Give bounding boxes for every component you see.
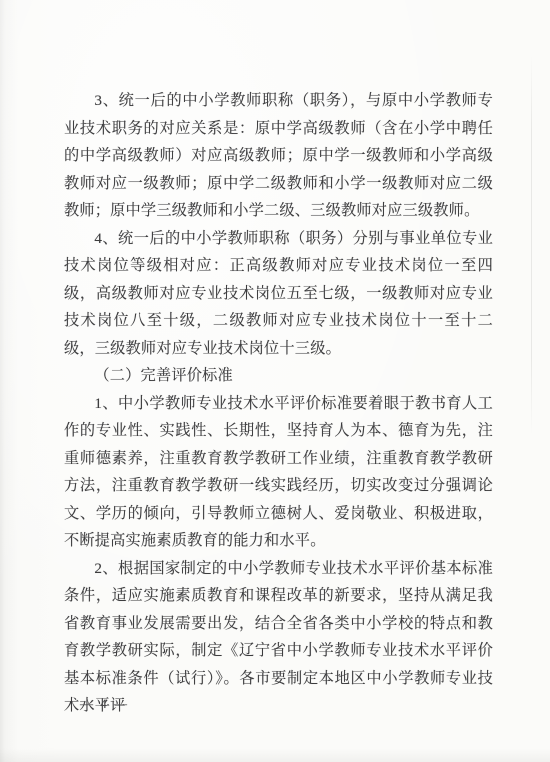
page-number: — 4 — — [80, 696, 129, 712]
paragraph-item-2: 2、根据国家制定的中小学教师专业技术水平评价基本标准条件，适应实施素质教育和课程… — [64, 555, 493, 720]
scanned-document: html, body { margin: 0; padding: 0; widt… — [0, 0, 550, 762]
paragraph-item-1: 1、中小学教师专业技术水平评价标准要着眼于教书育人工作的专业性、实践性、长期性，… — [64, 390, 493, 555]
document-page-background: { "document": { "type": "scanned-officia… — [0, 0, 550, 762]
scan-artifact-line — [531, 55, 532, 435]
document-body: 3、统一后的中小学教师职称（职务），与原中小学教师专业技术职务的对应关系是：原中… — [64, 87, 493, 720]
paragraph-item-3: 3、统一后的中小学教师职称（职务），与原中小学教师专业技术职务的对应关系是：原中… — [64, 87, 493, 225]
paragraph-item-4: 4、统一后的中小学教师职称（职务）分别与事业单位专业技术岗位等级相对应：正高级教… — [64, 225, 493, 363]
section-heading-2: （二）完善评价标准 — [64, 362, 493, 390]
document-page: 3、统一后的中小学教师职称（职务），与原中小学教师专业技术职务的对应关系是：原中… — [0, 0, 550, 762]
scan-edge-shadow — [0, 748, 550, 762]
